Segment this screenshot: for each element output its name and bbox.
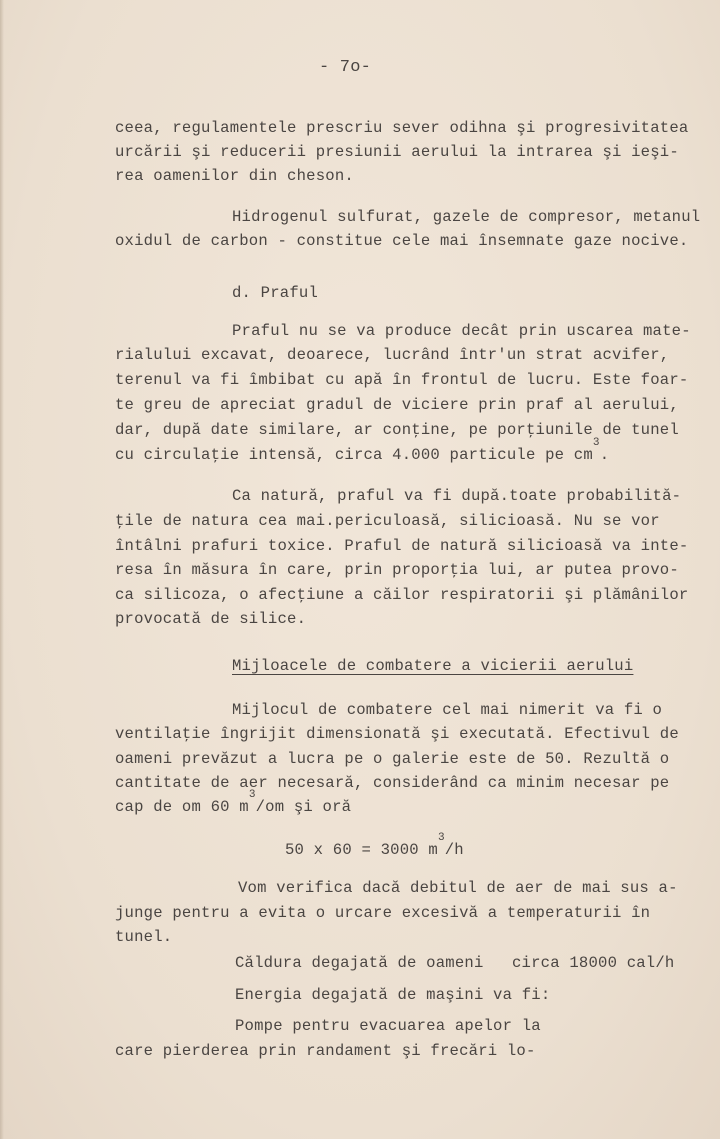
- text-line: ventilaţie îngrijit dimensionată şi exec…: [115, 724, 679, 744]
- text-segment: .: [600, 446, 610, 464]
- text-line: Praful nu se va produce decât prin uscar…: [232, 321, 691, 341]
- text-line: care pierderea prin randament şi frecări…: [115, 1041, 536, 1061]
- text-line: cu circulaţie intensă, circa 4.000 parti…: [115, 445, 609, 465]
- text-line: junge pentru a evita o urcare excesivă a…: [115, 903, 650, 923]
- heat-people-value: circa 18000 cal/h: [512, 953, 674, 973]
- page-edge-shadow: [0, 0, 4, 1139]
- text-line: rea oamenilor din cheson.: [115, 166, 354, 186]
- text-line: cap de om 60 m3/om şi oră: [115, 797, 351, 817]
- page-number: - 7o-: [319, 58, 371, 78]
- superscript: 3: [438, 832, 445, 844]
- text-line: urcării şi reducerii presiunii aerului l…: [115, 142, 679, 162]
- subheading: Mijloacele de combatere a vicierii aerul…: [232, 656, 633, 676]
- formula: 50 x 60 = 3000 m3/h: [285, 840, 464, 860]
- text-line: întâlni prafuri toxice. Praful de natură…: [115, 536, 688, 556]
- text-line: Energia degajată de maşini va fi:: [235, 985, 550, 1005]
- text-segment: /om şi oră: [256, 798, 352, 816]
- text-line: Vom verifica dacă debitul de aer de mai …: [238, 878, 678, 898]
- text-line: resa în măsura în care, prin proporţia l…: [115, 560, 679, 580]
- text-line: provocată de silice.: [115, 609, 306, 629]
- superscript: 3: [249, 789, 256, 801]
- formula-right: /h: [445, 841, 464, 859]
- text-segment: cu circulaţie intensă, circa 4.000 parti…: [115, 446, 593, 464]
- superscript: 3: [593, 437, 600, 449]
- text-line: ţile de natura cea mai.periculoasă, sili…: [115, 511, 660, 531]
- text-line: Pompe pentru evacuarea apelor la: [235, 1016, 541, 1036]
- text-line: ca silicoza, o afecţiune a căilor respir…: [115, 585, 688, 605]
- text-line: rialului excavat, deoarece, lucrând într…: [115, 345, 669, 365]
- document-page: - 7o- ceea, regulamentele prescriu sever…: [0, 0, 720, 1139]
- section-heading: d. Praful: [232, 283, 318, 303]
- text-line: te greu de apreciat gradul de viciere pr…: [115, 395, 679, 415]
- heat-people-label: Căldura degajată de oameni: [235, 953, 484, 973]
- text-segment: cap de om 60 m: [115, 798, 249, 816]
- text-line: oxidul de carbon - constitue cele mai în…: [115, 231, 688, 251]
- text-line: cantitate de aer necesară, considerând c…: [115, 773, 669, 793]
- formula-left: 50 x 60 = 3000 m: [285, 841, 438, 859]
- text-line: tunel.: [115, 927, 172, 947]
- text-line: Hidrogenul sulfurat, gazele de compresor…: [232, 207, 700, 227]
- text-line: Mijlocul de combatere cel mai nimerit va…: [232, 700, 662, 720]
- text-line: Ca natură, praful va fi după.toate proba…: [232, 486, 681, 506]
- text-line: ceea, regulamentele prescriu sever odihn…: [115, 118, 688, 138]
- text-line: terenul va fi îmbibat cu apă în frontul …: [115, 370, 688, 390]
- text-line: oameni prevăzut a lucra pe o galerie est…: [115, 749, 669, 769]
